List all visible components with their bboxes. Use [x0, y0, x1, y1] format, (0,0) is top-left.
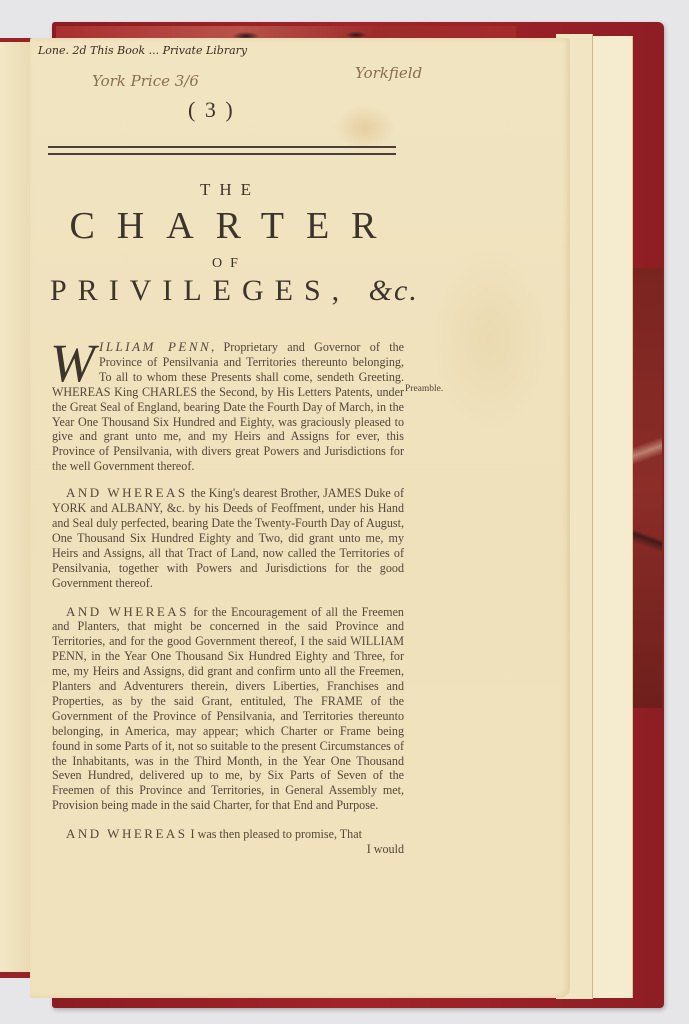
paragraph-3: AND WHEREAS for the Encouragement of all…	[52, 605, 404, 814]
title-charter: CHARTER	[48, 204, 420, 248]
title-block: THE CHARTER OF PRIVILEGES, &c.	[30, 180, 420, 308]
title-the: THE	[40, 180, 420, 200]
paragraph-text: the King's dearest Brother, JAMES Duke o…	[52, 486, 404, 589]
handwritten-provenance-note: Yorkfield	[355, 64, 422, 82]
paragraph-lead: ILLIAM PENN	[99, 339, 211, 354]
margin-note-preamble: Preamble.	[405, 384, 443, 394]
title-privileges: PRIVILEGES, &c.	[30, 274, 420, 308]
paragraph-lead: AND WHEREAS	[66, 485, 188, 500]
handwritten-price-note: York Price 3/6	[92, 72, 199, 90]
marbled-endpaper-right	[628, 268, 662, 708]
paragraph-1: WILLIAM PENN, Proprietary and Governor o…	[52, 340, 404, 474]
facing-page-edge	[0, 42, 31, 972]
paragraph-lead: AND WHEREAS	[66, 604, 189, 619]
header-rule-thin	[48, 153, 396, 155]
book-photograph: Lone. 2d This Book ... Private Library Y…	[0, 0, 689, 1024]
catchword: I would	[52, 842, 404, 857]
title-of: OF	[38, 256, 420, 272]
paragraph-lead: AND WHEREAS	[66, 826, 188, 841]
paragraph-text: for the Encouragement of all the Freemen…	[52, 605, 404, 813]
drop-cap: W	[50, 342, 95, 384]
header-rule-thick	[48, 146, 396, 148]
paragraph-text: I was then pleased to promise, That	[188, 827, 362, 841]
title-etc: &c.	[369, 274, 419, 307]
paragraph-2: AND WHEREAS the King's dearest Brother, …	[52, 486, 404, 590]
title-privileges-word: PRIVILEGES,	[50, 274, 350, 307]
paragraph-text: , Proprietary and Governor of the Provin…	[52, 340, 404, 473]
handwritten-inscription-top: Lone. 2d This Book ... Private Library	[38, 44, 247, 57]
paragraph-4: AND WHEREAS I was then pleased to promis…	[52, 827, 404, 857]
body-text: WILLIAM PENN, Proprietary and Governor o…	[52, 340, 404, 871]
page-number: ( 3 )	[188, 97, 235, 123]
